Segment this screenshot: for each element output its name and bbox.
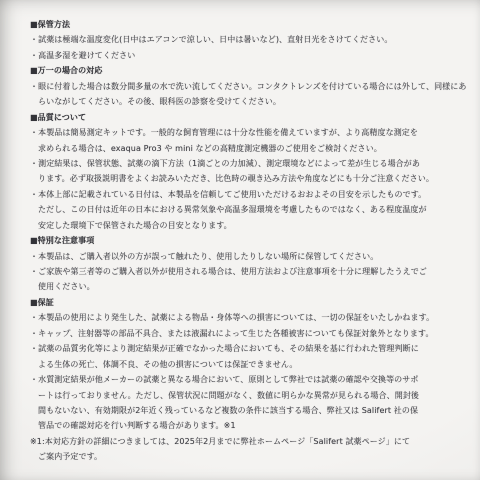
item-line: ・水質測定結果が他メーカーの試薬と異なる場合において、原則として弊社では試薬の確… xyxy=(30,372,470,387)
section-heading: ■特別な注意事項 xyxy=(30,233,470,248)
item-line: ・試薬の品質劣化等により測定結果が正確でなかった場合においても、その結果を基に行… xyxy=(30,341,470,356)
item-line-continuation: ご案内予定です。 xyxy=(30,449,470,464)
scanned-document-page: ■保管方法・試薬は極端な温度変化(日中はエアコンで涼しい、日中は暑いなど)、直射… xyxy=(0,0,480,480)
section-heading: ■万一の場合の対応 xyxy=(30,63,470,78)
item-line-continuation: ただし、この日付は近年の日本における異常気象や高温多湿環境を考慮したものではなく… xyxy=(30,202,470,217)
item-line-continuation: ートは行っておりません。ただし、保管状況に問題がなく、数値に明らかな異常が見られ… xyxy=(30,388,470,403)
item-line-continuation: よる生体の死亡、体調不良、その他の損害については保証できません。 xyxy=(30,357,470,372)
item-line: ・眼に付着した場合は数分間多量の水で洗い流してください。コンタクトレンズを付けて… xyxy=(30,79,470,94)
item-line-continuation: 使用ください。 xyxy=(30,279,470,294)
item-line-continuation: 求められる場合は、exaqua Pro3 や mini などの高精度測定機器のご… xyxy=(30,141,470,156)
item-line: ・本製品は簡易測定キットです。一般的な飼育管理には十分な性能を備えていますが、よ… xyxy=(30,125,470,140)
item-line: ・ご家族や第三者等のご購入者以外が使用される場合は、使用方法および注意事項を十分… xyxy=(30,264,470,279)
item-line: ・本体上部に記載されている日付は、本製品を信頼してご使用いただけるおおよその目安… xyxy=(30,187,470,202)
section-heading: ■品質について xyxy=(30,110,470,125)
item-line-continuation: 管品での確認対応を行い判断する場合があります。※1 xyxy=(30,418,470,433)
item-line: ・試薬は極端な温度変化(日中はエアコンで涼しい、日中は暑いなど)、直射日光をさけ… xyxy=(30,32,470,47)
item-line: ・キャップ、注射器等の部品不具合、または液漏れによって生じた各種被害についても保… xyxy=(30,326,470,341)
item-line-continuation: ります。必ず取扱説明書をよくお読みいただき、比色時の覗き込み方法や角度などにも十… xyxy=(30,171,470,186)
item-line: ・本製品は、ご購入者以外の方が誤って触れたり、使用したりしない場所に保管してくだ… xyxy=(30,249,470,264)
item-line-continuation: らいながしてください。その後、眼科医の診察を受けてください。 xyxy=(30,94,470,109)
item-line: ・高温多湿を避けてください xyxy=(30,48,470,63)
section-heading: ■保管方法 xyxy=(30,17,470,32)
item-line: ・測定結果は、保管状態、試薬の滴下方法（1滴ごとの力加減）、測定環境などによって… xyxy=(30,156,470,171)
document-text: ■保管方法・試薬は極端な温度変化(日中はエアコンで涼しい、日中は暑いなど)、直射… xyxy=(30,17,470,465)
item-line-continuation: 間もないない、有効期限が2年近く残っているなど複数の条件に該当する場合、弊社又は… xyxy=(30,403,470,418)
section-heading: ■保証 xyxy=(30,295,470,310)
item-line: ※1:本対応方針の詳細につきましては、2025年2月までに弊社ホームページ「Sa… xyxy=(30,434,470,449)
item-line-continuation: 安定した環境下で保管された場合の目安となります。 xyxy=(30,218,470,233)
item-line: ・本製品の使用により発生した、試薬による物品・身体等への損害については、一切の保… xyxy=(30,310,470,325)
